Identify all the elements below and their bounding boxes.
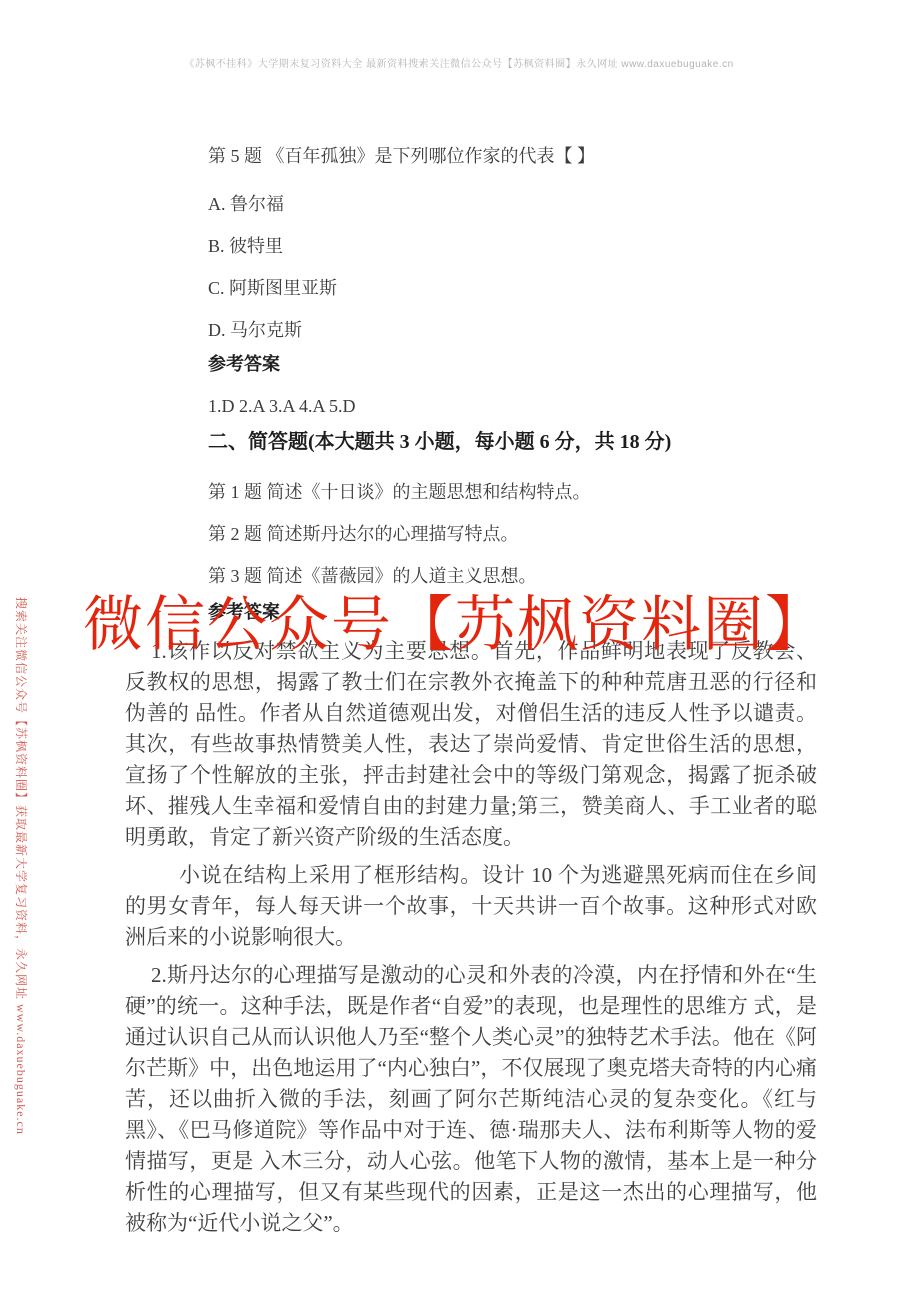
answer-paragraph-3: 2.斯丹达尔的心理描写是激动的心灵和外表的冷漠，内在抒情和外在“生硬”的统一。这… xyxy=(125,960,817,1239)
answer-paragraph-1: 1.该作以反对禁欲主义为主要思想。首先，作品鲜明地表现了反教会、反教权的思想，揭… xyxy=(125,636,817,853)
answer-paragraph-2: 小说在结构上采用了框形结构。设计 10 个为逃避黑死病而住在乡间的男女青年，每人… xyxy=(125,860,817,953)
page-header-text: 《苏枫不挂科》大学期末复习资料大全 最新资料搜索关注微信公众号【苏枫资料圈】永久… xyxy=(0,55,918,70)
red-watermark-side-vertical: 搜索关注微信公众号【苏枫资料圈】获取最新大学复习资料，永久网址 www.daxu… xyxy=(13,597,30,1135)
document-page: 《苏枫不挂科》大学期末复习资料大全 最新资料搜索关注微信公众号【苏枫资料圈】永久… xyxy=(0,0,918,1298)
question-5-option-d: D. 马尔克斯 xyxy=(208,320,302,341)
question-5-option-c: C. 阿斯图里亚斯 xyxy=(208,278,337,299)
short-answer-question-3: 第 3 题 简述《蔷薇园》的人道主义思想。 xyxy=(208,566,537,587)
answer-body: 1.该作以反对禁欲主义为主要思想。首先，作品鲜明地表现了反教会、反教权的思想，揭… xyxy=(125,636,817,1246)
short-answer-question-2: 第 2 题 简述斯丹达尔的心理描写特点。 xyxy=(208,524,519,545)
red-watermark-main: 微信公众号【苏枫资料圈】 xyxy=(83,592,827,658)
reference-answers-heading-1: 参考答案 xyxy=(208,354,280,375)
short-answer-question-1: 第 1 题 简述《十日谈》的主题思想和结构特点。 xyxy=(208,482,591,503)
question-5-title: 第 5 题 《百年孤独》是下列哪位作家的代表【 】 xyxy=(208,146,595,167)
question-5-option-a: A. 鲁尔福 xyxy=(208,194,284,215)
multiple-choice-answers-line: 1.D 2.A 3.A 4.A 5.D xyxy=(208,396,356,417)
section-2-heading: 二、简答题(本大题共 3 小题，每小题 6 分，共 18 分) xyxy=(208,432,671,453)
question-5-option-b: B. 彼特里 xyxy=(208,236,283,257)
